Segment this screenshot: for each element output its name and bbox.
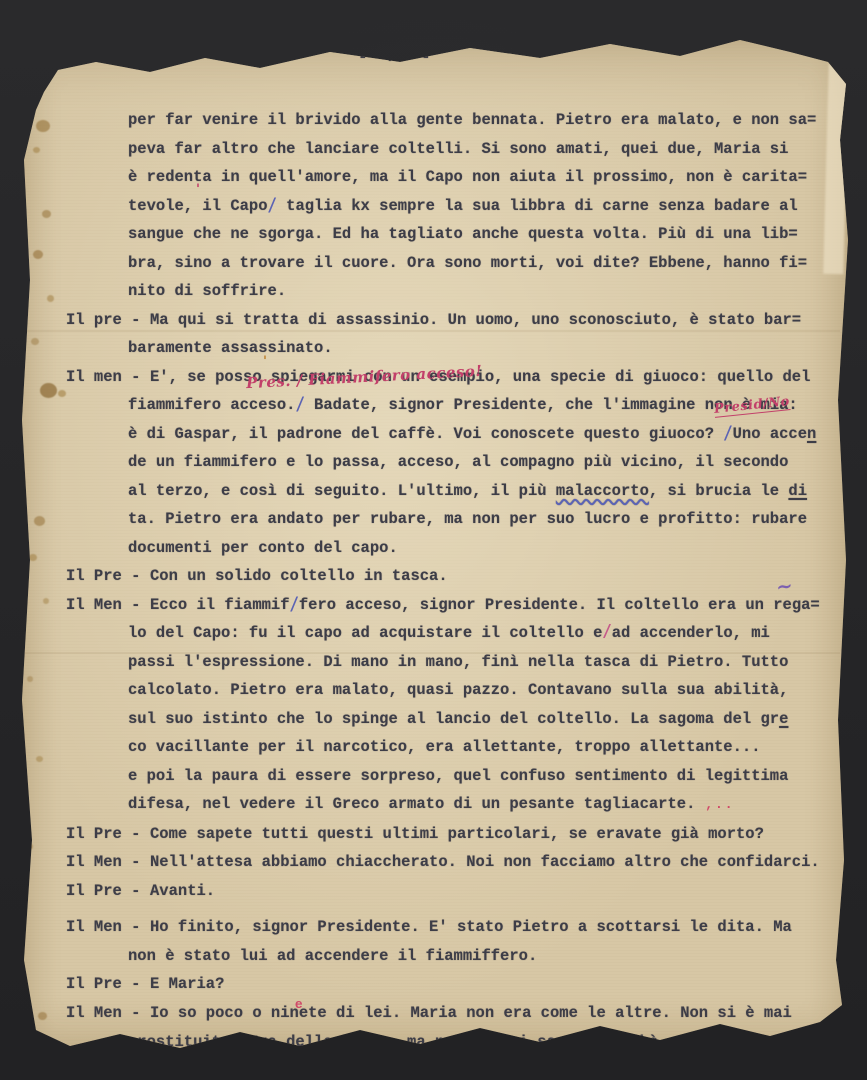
stain [43,598,49,604]
typed-text: per far venire il brivido alla gente ben… [66,106,844,1057]
typed-segment: Avanti. [150,882,215,900]
typed-segment: di [788,482,807,500]
dialogue-block: Il Pre -Con un solido coltello in tasca. [66,562,844,591]
typed-line: non è stato lui ad accendere il fiammiff… [128,942,844,971]
stain [42,210,51,218]
typed-segment: bra, sino a trovare il cuore. Ora sono m… [128,254,807,272]
typed-segment: fiammifero acceso. [128,396,295,414]
typed-segment: prostituita. Era della banda, ma non ho … [128,1033,798,1051]
dialogue-block: Il Pre -Come sapete tutti questi ultimi … [66,820,844,849]
page-number: - 46 - [358,48,434,66]
speaker-label: Il Pre - [66,820,140,849]
pen-mark: / [268,189,277,226]
typed-segment: Come sapete tutti questi ultimi particol… [150,825,764,843]
typed-line: tevole, il Capo/ taglia kx sempre la sua… [128,192,844,221]
typed-line: bra, sino a trovare il cuore. Ora sono m… [128,249,844,278]
typed-segment: Nell'attesa abbiamo chiaccherato. Noi no… [150,853,820,871]
typed-segment: calcolato. Pietro era malato, quasi pazz… [128,681,788,699]
typed-segment: n [807,425,816,443]
typed-line: Come sapete tutti questi ultimi particol… [150,820,844,849]
speaker-label: Il Men - [66,591,140,620]
pen-mark: / [290,588,299,625]
typed-segment: co vacillante per il narcotico, era alle… [128,738,761,756]
typed-segment: tevole, il Capo [128,197,268,215]
dialogue-block: Il men -E', se posso spiegarmi con un es… [66,363,844,563]
typed-line: peva far altro che lanciare coltelli. Si… [128,135,844,164]
stain [33,147,40,153]
stain [29,554,37,561]
pen-mark: / [602,615,611,651]
typed-segment: de un fiammifero e lo passa, acceso, al … [128,453,788,471]
typed-line: difesa, nel vedere il Greco armato di un… [128,790,844,820]
typed-segment: ad accenderlo, mi [612,624,770,642]
typed-segment: Badate, signor Presidente, che l'immagin… [305,396,798,414]
stain [47,295,54,302]
typed-line: sul suo istinto che lo spinge al lancio … [128,705,844,734]
dialogue-block: Il Pre -Avanti. [66,877,844,906]
dialogue-block: Il Men -Ho finito, signor Presidente. E'… [66,913,844,970]
typed-segment: fero acceso, signor Presidente. Il colte… [299,596,820,614]
typed-line: E', se posso spiegarmi con un esempio, u… [150,363,844,392]
typed-line: documenti per conto del capo. [128,534,844,563]
speaker-label: Il Pre - [66,970,140,999]
pen-mark: ,.. [695,797,734,812]
typed-line: sangue che ne sgorga. Ed ha tagliato anc… [128,220,844,249]
speaker-label: Il Pre - [66,877,140,906]
typed-line: E Maria? [150,970,844,999]
typed-segment: E Maria? [150,975,224,993]
typed-line: lo del Capo: fu il capo ad acquistare il… [128,619,844,648]
typed-line: Avanti. [150,877,844,906]
paper-sheet: - 46 - per far venire il brivido alla ge… [14,36,852,1056]
typed-segment: Ecco il fiammif [150,596,290,614]
typed-segment: è redenta in quell'amore, ma il Capo non… [128,168,807,186]
speaker-label: Il men - [66,363,140,392]
typed-line: nito di soffrire. [128,277,844,306]
typed-segment: Con un solido coltello in tasca. [150,567,448,585]
speaker-label: Il Men - [66,848,140,877]
speaker-label: Il Pre - [66,562,140,591]
typed-segment: e [779,710,788,728]
typed-segment: Io so poco o nin [150,1004,299,1022]
speaker-label: Il Men - [66,913,140,942]
typed-segment: nito di soffrire. [128,282,286,300]
typed-segment: per far venire il brivido alla gente ben… [128,111,816,129]
typed-segment: sul suo istinto che lo spinge al lancio … [128,710,779,728]
typed-line: Ho finito, signor Presidente. E' stato P… [150,913,844,942]
typed-line: fiammifero acceso./ Badate, signor Presi… [128,391,844,420]
stain [33,250,43,259]
dialogue-block: Il Pre -E Maria? [66,970,844,999]
stain [36,756,43,762]
stain [25,843,33,850]
typed-line: al terzo, e così di seguito. L'ultimo, i… [128,477,844,506]
typed-segment: sangue che ne sgorga. Ed ha tagliato anc… [128,225,798,243]
typed-line: baramente assassinato. [128,334,844,363]
typed-line: prostituita. Era della banda, ma non ho … [128,1028,844,1057]
pen-mark: / [295,388,304,425]
paragraph-block: per far venire il brivido alla gente ben… [66,106,844,306]
typed-line: e poi la paura di essere sorpreso, quel … [128,762,844,791]
typed-segment: malaccorto [556,482,649,500]
stain [27,676,33,682]
typed-line: Io so poco o nineete di lei. Maria non e… [150,999,844,1029]
dialogue-block: Il Men -Io so poco o nineete di lei. Mar… [66,999,844,1057]
typed-line: Ma qui si tratta di assassinio. Un uomo,… [150,306,844,335]
typed-segment: è di Gaspar, il padrone del caffè. Voi c… [128,425,723,443]
typed-segment: ta. Pietro era andato per rubare, ma non… [128,510,807,528]
typed-segment: peva far altro che lanciare coltelli. Si… [128,140,788,158]
typed-segment: Ma qui si tratta di assassinio. Un uomo,… [150,311,801,329]
dialogue-block: Il Men -Ecco il fiammif/fero acceso, sig… [66,591,844,820]
typed-line: calcolato. Pietro era malato, quasi pazz… [128,676,844,705]
pen-mark: / [723,417,732,454]
typed-segment: documenti per conto del capo. [128,539,398,557]
typed-segment: e poi la paura di essere sorpreso, quel … [128,767,788,785]
typed-line: passi l'espressione. Di mano in mano, fi… [128,648,844,677]
speaker-label: Il Men - [66,999,140,1028]
typed-segment: ete di lei. Maria non era come le altre.… [299,1004,792,1022]
typed-segment: passi l'espressione. Di mano in mano, fi… [128,653,788,671]
typed-segment: al terzo, e così di seguito. L'ultimo, i… [128,482,556,500]
page-content: - 46 - per far venire il brivido alla ge… [0,0,867,1080]
speaker-label: Il pre - [66,306,140,335]
typed-segment: taglia kx sempre la sua libbra di carne … [277,197,798,215]
typed-line: de un fiammifero e lo passa, acceso, al … [128,448,844,477]
typed-line: Con un solido coltello in tasca. [150,562,844,591]
typed-line: ta. Pietro era andato per rubare, ma non… [128,505,844,534]
typed-line: è redenta in quell'amore, ma il Capo non… [128,163,844,192]
typed-line: è di Gaspar, il padrone del caffè. Voi c… [128,420,844,449]
typed-segment: Uno acce [733,425,807,443]
typed-segment: E', se posso spiegarmi con un esempio, u… [150,368,810,386]
stain [36,120,50,132]
typed-line: Nell'attesa abbiamo chiaccherato. Noi no… [150,848,844,877]
typed-segment: difesa, nel vedere il Greco armato di un… [128,795,695,813]
stain [40,383,57,398]
typed-segment: , si brucia le [649,482,789,500]
dialogue-block: Il pre -Ma qui si tratta di assassinio. … [66,306,844,363]
stain [58,390,66,397]
dialogue-block: Il Men -Nell'attesa abbiamo chiaccherato… [66,848,844,877]
typed-segment: Ho finito, signor Presidente. E' stato P… [150,918,792,936]
typed-line: per far venire il brivido alla gente ben… [128,106,844,135]
stain [31,338,39,345]
typed-segment: non è stato lui ad accendere il fiammiff… [128,947,537,965]
typed-line: Ecco il fiammif/fero acceso, signor Pres… [150,591,844,620]
typed-segment: baramente assassinato. [128,339,333,357]
typed-line: co vacillante per il narcotico, era alle… [128,733,844,762]
typed-segment: lo del Capo: fu il capo ad acquistare il… [128,624,602,642]
stain [34,516,45,526]
desk-background: - 46 - per far venire il brivido alla ge… [0,0,867,1080]
stain [38,1012,47,1020]
